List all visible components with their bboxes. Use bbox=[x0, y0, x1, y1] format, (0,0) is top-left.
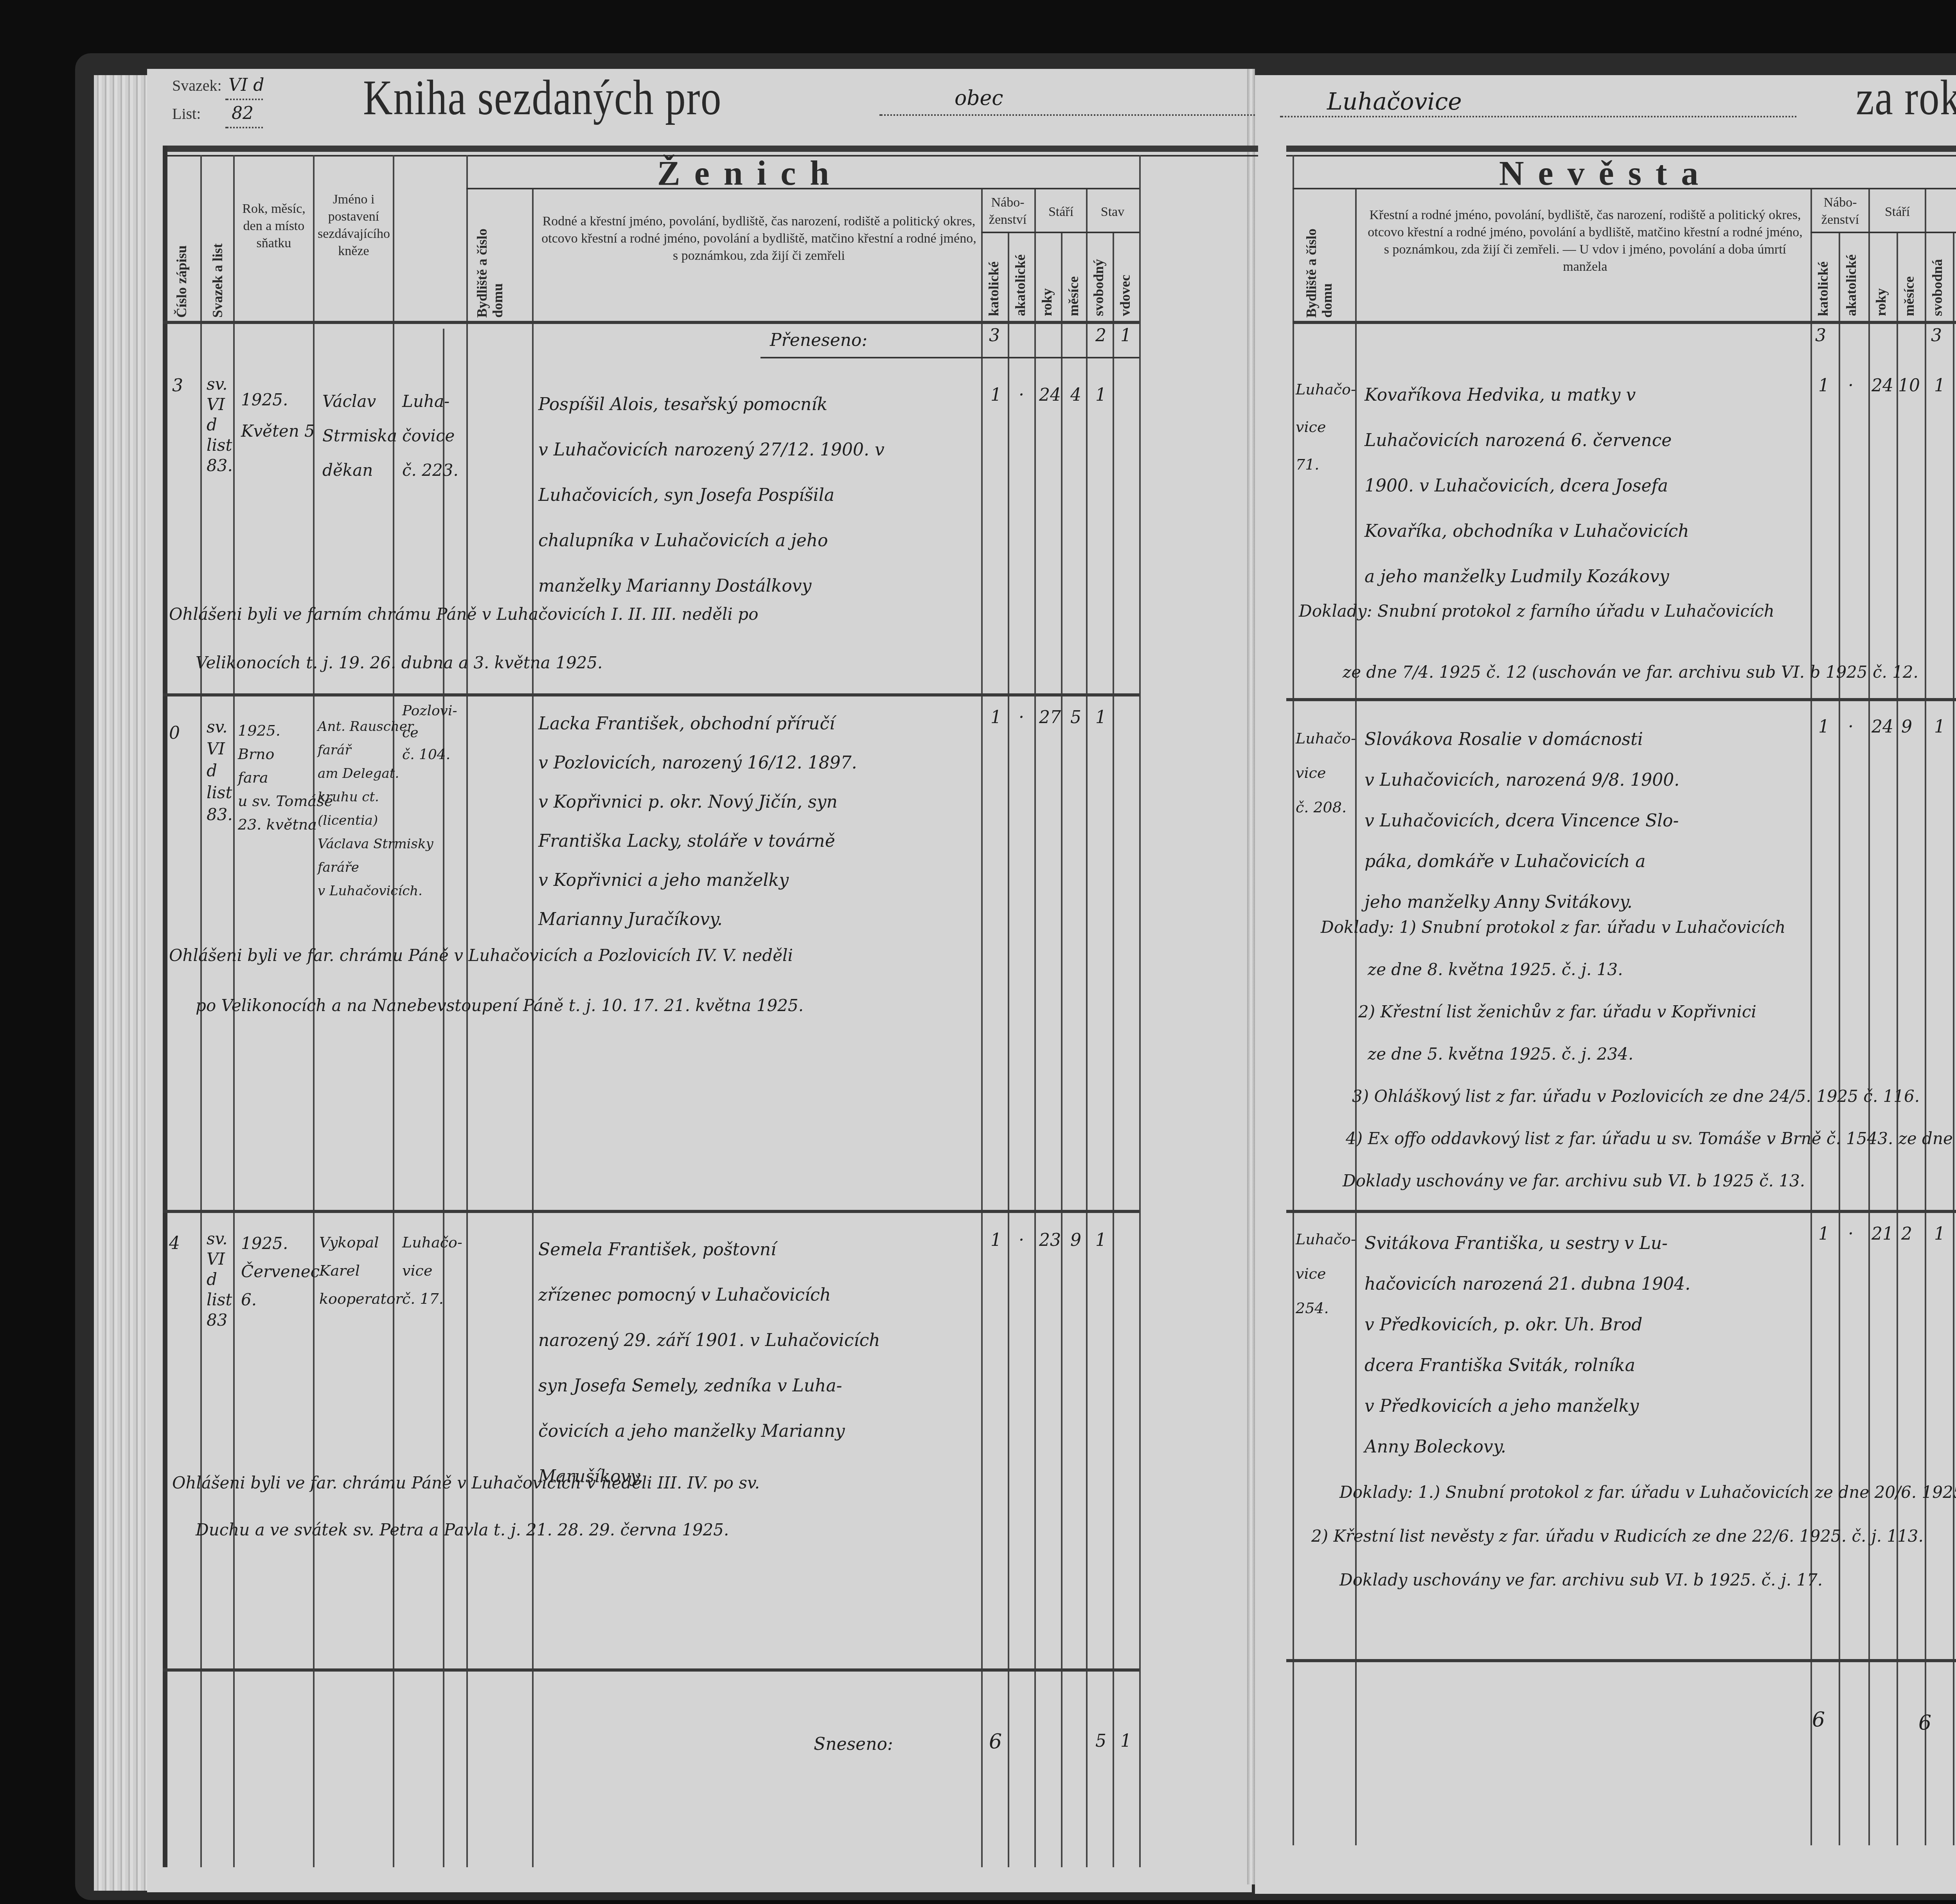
col-akatolicke: akatolické bbox=[1012, 238, 1028, 316]
datum-line: 1925. bbox=[241, 385, 315, 416]
popis-line: hačovicích narozená 21. dubna 1904. bbox=[1365, 1265, 1690, 1305]
col-jmeno-knez: Jméno i postavení sezdávajícího kněze bbox=[318, 191, 390, 260]
left-table-left-border bbox=[163, 146, 167, 1867]
popis-line: Svitákova Františka, u sestry v Lu- bbox=[1365, 1224, 1690, 1265]
popis-line: Luhačovicích narozená 6. července bbox=[1365, 418, 1689, 463]
header-bottom-rule bbox=[1293, 321, 1956, 324]
left-table-top-rule bbox=[163, 146, 1258, 152]
col-roky-nevesta: roky bbox=[1873, 282, 1889, 316]
entry-separator bbox=[163, 1210, 1139, 1213]
doklady-line: ze dne 8. května 1925. č. j. 13. bbox=[1321, 950, 1956, 992]
knez-line: Václav bbox=[322, 385, 397, 419]
svazek-line: 83. bbox=[207, 804, 238, 826]
col-akatolicke-nevesta: akatolické bbox=[1843, 238, 1859, 316]
total-svobodna: 6 bbox=[1918, 1712, 1931, 1736]
popis-line: Anny Boleckovy. bbox=[1365, 1427, 1690, 1468]
entry-1-ohlaseni: Velikonocích t. j. 19. 26. dubna a 3. kv… bbox=[196, 654, 602, 673]
entry-3-mesice: 9 bbox=[1070, 1230, 1081, 1251]
svazek-line: sv. bbox=[207, 376, 238, 396]
popis-line: Luhačovicích, syn Josefa Pospíšila bbox=[538, 473, 885, 518]
entry-2-nevesta-bydliste: Luhačo- vice č. 208. bbox=[1296, 723, 1356, 826]
forward-vdovec: 1 bbox=[1120, 1731, 1131, 1751]
popis-line: Pospíšil Alois, tesařský pomocník bbox=[538, 382, 885, 427]
col-bydliste: Bydliště a číslo domu bbox=[474, 200, 521, 318]
forward-katolicke: 6 bbox=[989, 1731, 1002, 1755]
entry-3-doklady: Doklady: 1.) Snubní protokol z far. úřad… bbox=[1311, 1471, 1956, 1603]
entry-separator bbox=[163, 693, 1139, 696]
doklady-line: ze dne 5. května 1925. č. j. 234. bbox=[1321, 1035, 1956, 1077]
col-vdovec: vdovec bbox=[1117, 263, 1133, 316]
entry-1-svazek: sv. VI d list 83. bbox=[207, 376, 238, 477]
section-zenich: Ženich bbox=[657, 153, 843, 194]
svazek-line: sv. bbox=[207, 717, 238, 739]
book-gutter bbox=[1247, 69, 1255, 1884]
entry-3-cislo: 4 bbox=[169, 1233, 180, 1254]
popis-line: v Předkovicích, p. okr. Uh. Brod bbox=[1365, 1305, 1690, 1346]
svazek-line: 83 bbox=[207, 1312, 238, 1332]
bydliste-line: Luhačo- bbox=[1296, 1224, 1356, 1258]
entry-3-akatolicke: · bbox=[1019, 1230, 1024, 1251]
doklady-line: 4) Ex offo oddavkový list z far. úřadu u… bbox=[1321, 1119, 1956, 1161]
entry-3-nevesta-katolicke: 1 bbox=[1818, 1224, 1829, 1244]
svazek-line: list bbox=[207, 783, 238, 804]
entry-separator bbox=[1286, 698, 1956, 701]
entry-2-nevesta-roky: 24 bbox=[1872, 717, 1893, 737]
carried-katolicke-nevesta: 3 bbox=[1815, 326, 1826, 346]
entry-1-nevesta-mesice: 10 bbox=[1898, 376, 1920, 396]
knez-line: Vykopal bbox=[319, 1230, 403, 1258]
knez-line: Karel bbox=[319, 1258, 403, 1287]
entry-1-datum: 1925. Květen 5 bbox=[241, 385, 315, 448]
entry-3-ohlaseni: Ohlášeni byli ve far. chrámu Páně v Luha… bbox=[172, 1474, 760, 1493]
entry-1-nevesta-bydliste: Luhačo- vice 71. bbox=[1296, 373, 1356, 485]
doklady-line: Doklady: 1.) Snubní protokol z far. úřad… bbox=[1311, 1471, 1956, 1515]
entry-3-nevesta-roky: 21 bbox=[1872, 1224, 1893, 1244]
bydliste-line: č. 104. bbox=[402, 745, 457, 767]
entry-3-svazek: sv. VI d list 83 bbox=[207, 1230, 238, 1332]
entry-separator bbox=[163, 1668, 1139, 1672]
popis-line: čovicích a jeho manželky Marianny bbox=[538, 1409, 880, 1454]
col-rule bbox=[532, 188, 534, 1867]
col-rule bbox=[1293, 155, 1294, 1845]
entry-3-svobodny: 1 bbox=[1095, 1230, 1106, 1251]
col-katolicke-nevesta: katolické bbox=[1815, 238, 1831, 316]
entry-1-nevesta-svobodna: 1 bbox=[1934, 376, 1945, 396]
knez-line: děkan bbox=[322, 454, 397, 488]
entry-2-akatolicke: · bbox=[1019, 707, 1024, 728]
carried-katolicke: 3 bbox=[989, 326, 1000, 346]
popis-line: syn Josefa Semely, zedníka v Luha- bbox=[538, 1363, 880, 1409]
col-popis-zenich: Rodné a křestní jméno, povolání, bydlišt… bbox=[541, 213, 976, 265]
svazek-line: list bbox=[207, 437, 238, 457]
bydliste-line: Luhačo- bbox=[402, 1230, 462, 1258]
svazek-line: VI d bbox=[207, 739, 238, 783]
carried-over-label: Přeneseno: bbox=[770, 330, 867, 351]
col-stav-nevesta: Stav bbox=[1926, 203, 1956, 221]
popis-line: manželky Marianny Dostálkovy bbox=[538, 563, 885, 609]
entry-1-nevesta-popis: Kovaříkova Hedvika, u matky v Luhačovicí… bbox=[1365, 373, 1689, 599]
entry-1-doklady: Doklady: Snubní protokol z farního úřadu… bbox=[1299, 603, 1774, 621]
col-mesice-nevesta: měsíce bbox=[1901, 258, 1917, 316]
popis-line: Slovákova Rosalie v domácnosti bbox=[1365, 720, 1679, 761]
entry-2-doklady: Doklady: 1) Snubní protokol z far. úřadu… bbox=[1321, 908, 1956, 1204]
total-katolicke-nevesta: 6 bbox=[1812, 1709, 1825, 1733]
col-rule bbox=[1086, 188, 1088, 1867]
entry-2-cislo: 0 bbox=[169, 723, 180, 743]
svazek-line: VI d bbox=[207, 396, 238, 437]
popis-line: v Pozlovicích, narozený 16/12. 1897. bbox=[538, 743, 857, 783]
bydliste-line: 71. bbox=[1296, 448, 1356, 485]
popis-line: v Luhačovicích, dcera Vincence Slo- bbox=[1365, 801, 1679, 842]
bydliste-line: Luhačo- bbox=[1296, 373, 1356, 410]
bydliste-line: vice bbox=[1296, 758, 1356, 792]
entry-2-nevesta-popis: Slovákova Rosalie v domácnosti v Luhačov… bbox=[1365, 720, 1679, 923]
entry-2-svobodny: 1 bbox=[1095, 707, 1106, 728]
bydliste-line: Luhačo- bbox=[1296, 723, 1356, 758]
bydliste-line: 254. bbox=[1296, 1293, 1356, 1327]
popis-line: Lacka František, obchodní příručí bbox=[538, 704, 857, 743]
col-rule bbox=[1061, 232, 1062, 1867]
title-dotted-line bbox=[879, 114, 1255, 116]
entry-3-nevesta-mesice: 2 bbox=[1901, 1224, 1912, 1244]
knez-line: v Luhačovicích. bbox=[318, 881, 433, 905]
bydliste-line: vice bbox=[402, 1258, 462, 1287]
entry-1-katolicke: 1 bbox=[991, 385, 1001, 405]
popis-line: dcera Františka Sviták, rolníka bbox=[1365, 1346, 1690, 1387]
bydliste-line: vice bbox=[1296, 1258, 1356, 1293]
col-katolicke: katolické bbox=[986, 238, 1001, 316]
doklady-line: Doklady uschovány ve far. archivu sub VI… bbox=[1321, 1161, 1956, 1204]
list-dotted-line bbox=[225, 127, 263, 128]
col-bydliste-nevesta: Bydliště a číslo domu bbox=[1303, 200, 1350, 318]
col-svobodny: svobodný bbox=[1091, 238, 1106, 316]
entry-2-zenich-popis: Lacka František, obchodní příručí v Pozl… bbox=[538, 704, 857, 939]
popis-line: v Luhačovicích narozený 27/12. 1900. v bbox=[538, 427, 885, 473]
doklady-line: Doklady: 1) Snubní protokol z far. úřadu… bbox=[1321, 908, 1956, 950]
rule bbox=[760, 357, 1139, 358]
svazek-line: VI d bbox=[207, 1251, 238, 1291]
entry-1-ohlaseni: Ohlášeni byli ve farním chrámu Páně v Lu… bbox=[169, 606, 759, 624]
entry-3-ohlaseni: Duchu a ve svátek sv. Petra a Pavla t. j… bbox=[196, 1521, 729, 1540]
carried-vdovec: 1 bbox=[1120, 326, 1131, 346]
entry-2-nevesta-katolicke: 1 bbox=[1818, 717, 1829, 737]
entry-2-nevesta-akatolicke: · bbox=[1848, 717, 1854, 737]
doklady-line: Doklady uschovány ve far. archivu sub VI… bbox=[1311, 1559, 1956, 1603]
carried-svobodny: 2 bbox=[1095, 326, 1106, 346]
col-stari-nevesta: Stáří bbox=[1870, 203, 1925, 221]
col-mesice: měsíce bbox=[1066, 258, 1081, 316]
col-stav: Stav bbox=[1088, 203, 1138, 221]
knez-line: am Delegat. bbox=[318, 764, 433, 787]
entry-1-knez: Václav Strmiska děkan bbox=[322, 385, 397, 488]
col-rule bbox=[981, 188, 983, 1867]
col-stari: Stáří bbox=[1036, 203, 1086, 221]
datum-line: Červenec bbox=[241, 1258, 320, 1287]
col-rule bbox=[1139, 155, 1141, 1867]
section-nevesta: Nevěsta bbox=[1499, 153, 1712, 194]
svazek-value: VI d bbox=[228, 75, 264, 95]
list-label: List: bbox=[172, 106, 201, 124]
col-rok-mesic: Rok, měsíc, den a místo sňatku bbox=[236, 200, 311, 252]
entry-2-mesice: 5 bbox=[1070, 707, 1081, 728]
entry-1-nevesta-akatolicke: · bbox=[1848, 376, 1854, 396]
entry-3-nevesta-popis: Svitákova Františka, u sestry v Lu- hačo… bbox=[1365, 1224, 1690, 1468]
datum-line: 6. bbox=[241, 1287, 320, 1315]
col-rule bbox=[1113, 232, 1114, 1867]
popis-line: 1900. v Luhačovicích, dcera Josefa bbox=[1365, 463, 1689, 509]
entry-3-zenich-popis: Semela František, poštovní zřízenec pomo… bbox=[538, 1227, 880, 1499]
municipality-dotted-line bbox=[1280, 116, 1796, 117]
bydliste-line: č. 223. bbox=[402, 454, 458, 488]
list-value: 82 bbox=[232, 103, 253, 124]
entry-1-doklady: ze dne 7/4. 1925 č. 12 (uschován ve far.… bbox=[1343, 664, 1918, 682]
knez-line: (licentia) bbox=[318, 811, 433, 834]
knez-line: kooperator bbox=[319, 1287, 403, 1315]
popis-line: Marianny Juračíkovy. bbox=[538, 900, 857, 939]
entry-2-ohlaseni: Ohlášeni byli ve far. chrámu Páně v Luha… bbox=[169, 947, 793, 966]
entry-3-nevesta-svobodna: 1 bbox=[1934, 1224, 1945, 1244]
forward-svobodny: 5 bbox=[1095, 1731, 1106, 1751]
entry-3-roky: 23 bbox=[1039, 1230, 1061, 1251]
bydliste-line: č. 208. bbox=[1296, 792, 1356, 826]
col-svobodna: svobodná bbox=[1929, 238, 1945, 316]
entry-1-mesice: 4 bbox=[1070, 385, 1081, 405]
popis-line: v Luhačovicích, narozená 9/8. 1900. bbox=[1365, 761, 1679, 801]
entry-1-svobodny: 1 bbox=[1095, 385, 1106, 405]
entry-2-nevesta-mesice: 9 bbox=[1901, 717, 1912, 737]
entry-3-zenich-bydliste: Luhačo- vice č. 17. bbox=[402, 1230, 462, 1315]
entry-2-ohlaseni: po Velikonocích a na Nanebevstoupení Pán… bbox=[196, 997, 804, 1016]
col-rule bbox=[1008, 232, 1009, 1867]
title-fill-municipality: Luhačovice bbox=[1327, 88, 1462, 116]
knez-line: kruhu ct. bbox=[318, 787, 433, 811]
popis-line: v Kopřivnici a jeho manželky bbox=[538, 861, 857, 900]
entry-2-katolicke: 1 bbox=[991, 707, 1001, 728]
entry-separator bbox=[1286, 1659, 1956, 1662]
entry-1-nevesta-katolicke: 1 bbox=[1818, 376, 1829, 396]
col-svazek-list: Svazek a list bbox=[210, 185, 225, 318]
carried-forward-label: Sneseno: bbox=[814, 1734, 893, 1755]
svazek-label: Svazek: bbox=[172, 78, 222, 95]
col-nabozenstvi-nevesta: Nábo- ženství bbox=[1812, 194, 1868, 229]
bydliste-line: Luha- bbox=[402, 385, 458, 419]
title-suffix: za rok bbox=[1856, 69, 1956, 127]
col-roky: roky bbox=[1039, 282, 1055, 316]
svazek-line: sv. bbox=[207, 1230, 238, 1251]
popis-line: Semela František, poštovní bbox=[538, 1227, 880, 1272]
header-bottom-rule bbox=[163, 321, 1139, 324]
popis-line: chalupníka v Luhačovicích a jeho bbox=[538, 518, 885, 563]
entry-3-katolicke: 1 bbox=[991, 1230, 1001, 1251]
datum-line: Květen 5 bbox=[241, 416, 315, 448]
popis-line: Kovaříka, obchodníka v Luhačovicích bbox=[1365, 509, 1689, 554]
col-cislo-zapisu: Číslo zápisu bbox=[174, 169, 189, 318]
popis-line: v Předkovicích a jeho manželky bbox=[1365, 1387, 1690, 1427]
col-nabozenstvi: Nábo- ženství bbox=[983, 194, 1033, 229]
entry-3-nevesta-akatolicke: · bbox=[1848, 1224, 1854, 1244]
bydliste-line: vice bbox=[1296, 410, 1356, 448]
entry-1-zenich-popis: Pospíšil Alois, tesařský pomocník v Luha… bbox=[538, 382, 885, 609]
doklady-line: 3) Ohláškový list z far. úřadu v Pozlovi… bbox=[1321, 1077, 1956, 1119]
popis-line: Kovaříkova Hedvika, u matky v bbox=[1365, 373, 1689, 418]
col-rule bbox=[443, 329, 444, 1867]
popis-line: narozený 29. září 1901. v Luhačovicích bbox=[538, 1318, 880, 1363]
entry-separator bbox=[1286, 1210, 1956, 1213]
svazek-dotted-line bbox=[225, 99, 263, 100]
entry-2-nevesta-svobodna: 1 bbox=[1934, 717, 1945, 737]
bydliste-line: č. 17. bbox=[402, 1287, 462, 1315]
popis-line: páka, domkáře v Luhačovicích a bbox=[1365, 842, 1679, 883]
entry-1-nevesta-roky: 24 bbox=[1872, 376, 1893, 396]
rule bbox=[1810, 232, 1956, 233]
carried-svobodna: 3 bbox=[1931, 326, 1942, 346]
knez-line: faráře bbox=[318, 858, 433, 881]
popis-line: Františka Lacky, stoláře v továrně bbox=[538, 822, 857, 861]
col-popis-nevesta: Křestní a rodné jméno, povolání, bydlišt… bbox=[1365, 207, 1806, 275]
bydliste-line: Pozlovi- bbox=[402, 701, 457, 723]
popis-line: zřízenec pomocný v Luhačovicích bbox=[538, 1272, 880, 1318]
col-rule bbox=[1034, 188, 1036, 1867]
entry-1-zenich-bydliste: Luha- čovice č. 223. bbox=[402, 385, 458, 488]
entry-2-zenich-bydliste: Pozlovi- ce č. 104. bbox=[402, 701, 457, 767]
entry-2-roky: 27 bbox=[1039, 707, 1061, 728]
doklady-line: 2) Křestní list ženichův z far. úřadu v … bbox=[1321, 992, 1956, 1035]
entry-1-akatolicke: · bbox=[1019, 385, 1024, 405]
entry-3-nevesta-bydliste: Luhačo- vice 254. bbox=[1296, 1224, 1356, 1327]
scan-stage: Svazek: VI d List: 82 Kniha sezdaných pr… bbox=[0, 0, 1956, 1904]
entry-3-datum: 1925. Červenec 6. bbox=[241, 1230, 320, 1315]
bydliste-line: čovice bbox=[402, 419, 458, 454]
entry-2-svazek: sv. VI d list 83. bbox=[207, 717, 238, 826]
svazek-line: 83. bbox=[207, 457, 238, 477]
title-fill-obec: obec bbox=[955, 88, 1003, 111]
datum-line: 1925. bbox=[241, 1230, 320, 1258]
rule bbox=[981, 232, 1139, 233]
knez-line: Václava Strmisky bbox=[318, 834, 433, 858]
entry-3-knez: Vykopal Karel kooperator bbox=[319, 1230, 403, 1315]
right-table-top-rule bbox=[1286, 146, 1956, 152]
knez-line: Strmiska bbox=[322, 419, 397, 454]
popis-line: a jeho manželky Ludmily Kozákovy bbox=[1365, 554, 1689, 599]
doklady-line: 2) Křestní list nevěsty z far. úřadu v R… bbox=[1311, 1515, 1956, 1559]
register-title: Kniha sezdaných pro bbox=[363, 69, 722, 127]
svazek-line: list bbox=[207, 1291, 238, 1312]
bydliste-line: ce bbox=[402, 723, 457, 745]
entry-1-cislo: 3 bbox=[172, 376, 183, 396]
popis-line: v Kopřivnici p. okr. Nový Jičín, syn bbox=[538, 783, 857, 822]
entry-1-roky: 24 bbox=[1039, 385, 1061, 405]
